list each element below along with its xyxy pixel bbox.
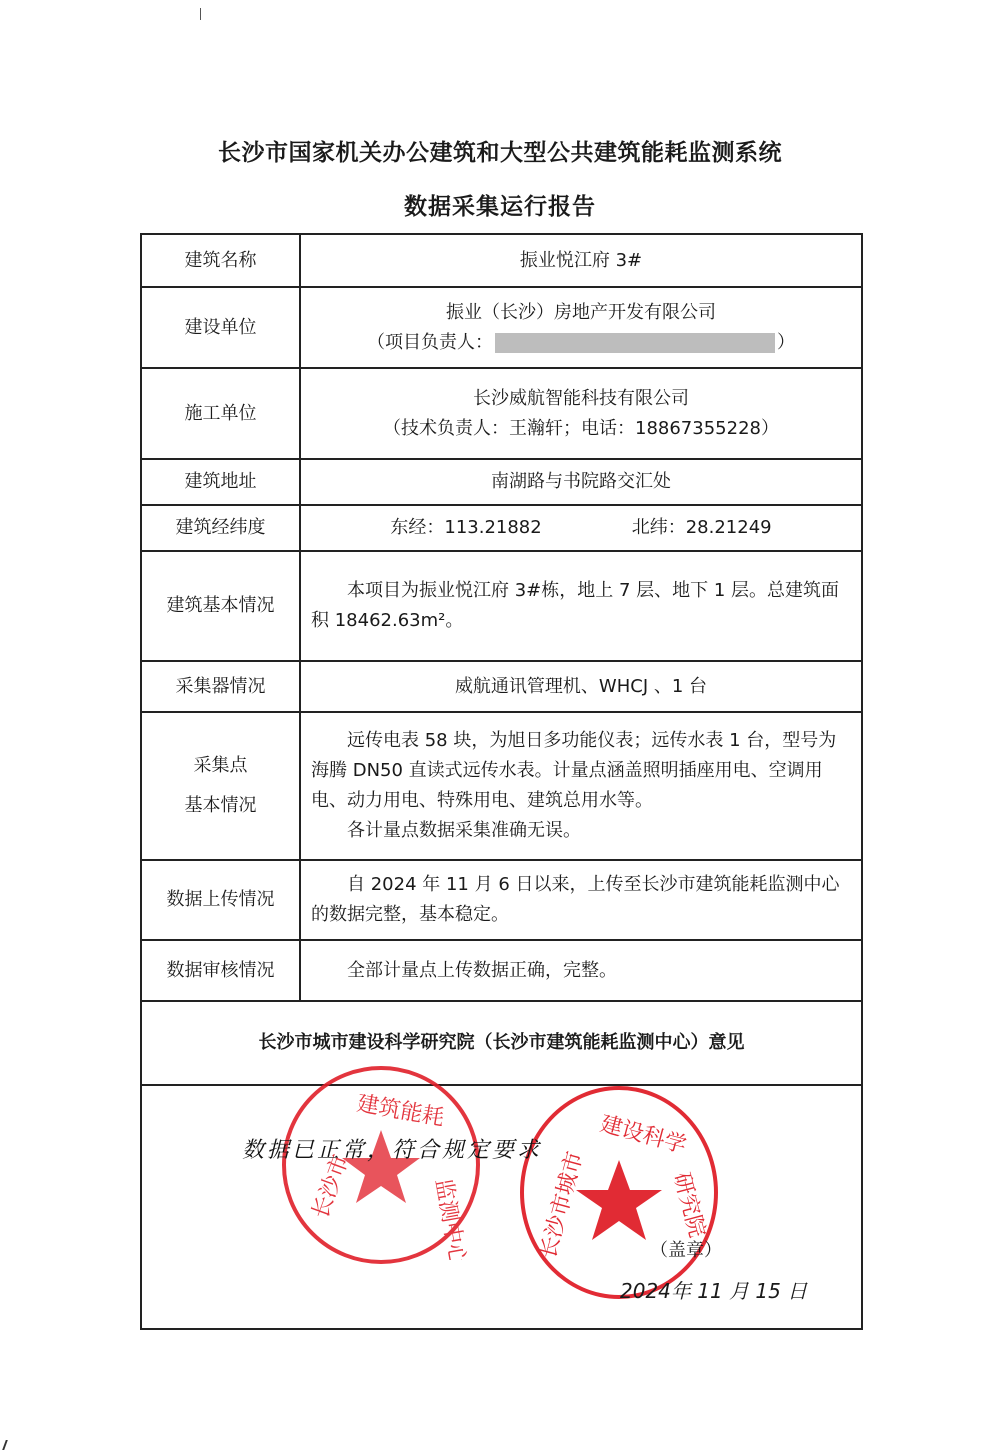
- row-label: 建筑名称: [141, 234, 300, 287]
- table-row: 数据上传情况 自 2024 年 11 月 6 日以来，上传至长沙市建筑能耗监测中…: [141, 860, 862, 940]
- coordinates-value: 东经：113.21882北纬：28.21249: [300, 505, 862, 551]
- row-label: 建筑经纬度: [141, 505, 300, 551]
- svg-text:长沙市城市: 长沙市城市: [536, 1149, 589, 1262]
- sign-date: 2024年 11 月 15 日: [620, 1276, 807, 1306]
- collector-value: 威航通讯管理机、WHCJ 、1 台: [300, 661, 862, 712]
- signature-area: 长沙市 建筑能耗 监测中心 长沙市城市 建设科学 研究院 数据已正常，符合规定要…: [141, 1085, 862, 1329]
- handwritten-comment: 数据已正常，符合规定要求: [242, 1136, 542, 1166]
- table-row: 长沙市城市建设科学研究院（长沙市建筑能耗监测中心）意见: [141, 1001, 862, 1085]
- building-info-value: 本项目为振业悦江府 3#栋，地上 7 层、地下 1 层。总建筑面积 18462.…: [300, 551, 862, 661]
- audit-status-value: 全部计量点上传数据正确，完整。: [300, 940, 862, 1001]
- row-label: 建设单位: [141, 287, 300, 368]
- seal-note: （盖章）: [650, 1236, 722, 1266]
- row-label: 建筑地址: [141, 459, 300, 505]
- collection-points-value: 远传电表 58 块，为旭日多功能仪表；远传水表 1 台，型号为海腾 DN50 直…: [300, 712, 862, 860]
- project-lead: （项目负责人：）: [302, 328, 860, 358]
- row-label: 采集点 基本情况: [141, 712, 300, 860]
- table-row: 建筑基本情况 本项目为振业悦江府 3#栋，地上 7 层、地下 1 层。总建筑面积…: [141, 551, 862, 661]
- document-title: 长沙市国家机关办公建筑和大型公共建筑能耗监测系统: [0, 134, 1000, 167]
- row-label: 建筑基本情况: [141, 551, 300, 661]
- svg-text:建设科学: 建设科学: [597, 1112, 688, 1159]
- svg-text:建筑能耗: 建筑能耗: [355, 1091, 446, 1131]
- row-label: 施工单位: [141, 368, 300, 459]
- longitude: 东经：113.21882: [390, 513, 541, 543]
- table-row: 施工单位 长沙威航智能科技有限公司 （技术负责人：王瀚轩；电话：18867355…: [141, 368, 862, 459]
- table-row: 采集点 基本情况 远传电表 58 块，为旭日多功能仪表；远传水表 1 台，型号为…: [141, 712, 862, 860]
- row-label: 采集器情况: [141, 661, 300, 712]
- report-table: 建筑名称 振业悦江府 3# 建设单位 振业（长沙）房地产开发有限公司 （项目负责…: [140, 233, 863, 1330]
- table-row: 采集器情况 威航通讯管理机、WHCJ 、1 台: [141, 661, 862, 712]
- tech-lead: （技术负责人：王瀚轩；电话：18867355228）: [302, 414, 860, 444]
- scan-mark: [2, 1440, 16, 1450]
- table-row: 建筑名称 振业悦江府 3#: [141, 234, 862, 287]
- developer-value: 振业（长沙）房地产开发有限公司 （项目负责人：）: [300, 287, 862, 368]
- redacted-block: [495, 333, 775, 353]
- table-row: 建设单位 振业（长沙）房地产开发有限公司 （项目负责人：）: [141, 287, 862, 368]
- building-name-value: 振业悦江府 3#: [300, 234, 862, 287]
- row-label: 数据审核情况: [141, 940, 300, 1001]
- scan-mark: [200, 8, 201, 20]
- contractor-value: 长沙威航智能科技有限公司 （技术负责人：王瀚轩；电话：18867355228）: [300, 368, 862, 459]
- address-value: 南湖路与书院路交汇处: [300, 459, 862, 505]
- table-row: 建筑经纬度 东经：113.21882北纬：28.21249: [141, 505, 862, 551]
- table-row: 建筑地址 南湖路与书院路交汇处: [141, 459, 862, 505]
- contractor-name: 长沙威航智能科技有限公司: [302, 384, 860, 414]
- developer-name: 振业（长沙）房地产开发有限公司: [302, 298, 860, 328]
- opinion-heading: 长沙市城市建设科学研究院（长沙市建筑能耗监测中心）意见: [141, 1001, 862, 1085]
- latitude: 北纬：28.21249: [632, 513, 772, 543]
- table-row: 数据审核情况 全部计量点上传数据正确，完整。: [141, 940, 862, 1001]
- upload-status-value: 自 2024 年 11 月 6 日以来，上传至长沙市建筑能耗监测中心的数据完整，…: [300, 860, 862, 940]
- stamp-research-institute: 长沙市城市 建设科学 研究院: [520, 1086, 718, 1299]
- table-row: 长沙市 建筑能耗 监测中心 长沙市城市 建设科学 研究院 数据已正常，符合规定要…: [141, 1085, 862, 1329]
- row-label: 数据上传情况: [141, 860, 300, 940]
- document-subtitle: 数据采集运行报告: [0, 188, 1000, 221]
- svg-text:研究院: 研究院: [668, 1170, 709, 1240]
- svg-text:监测中心: 监测中心: [430, 1177, 470, 1260]
